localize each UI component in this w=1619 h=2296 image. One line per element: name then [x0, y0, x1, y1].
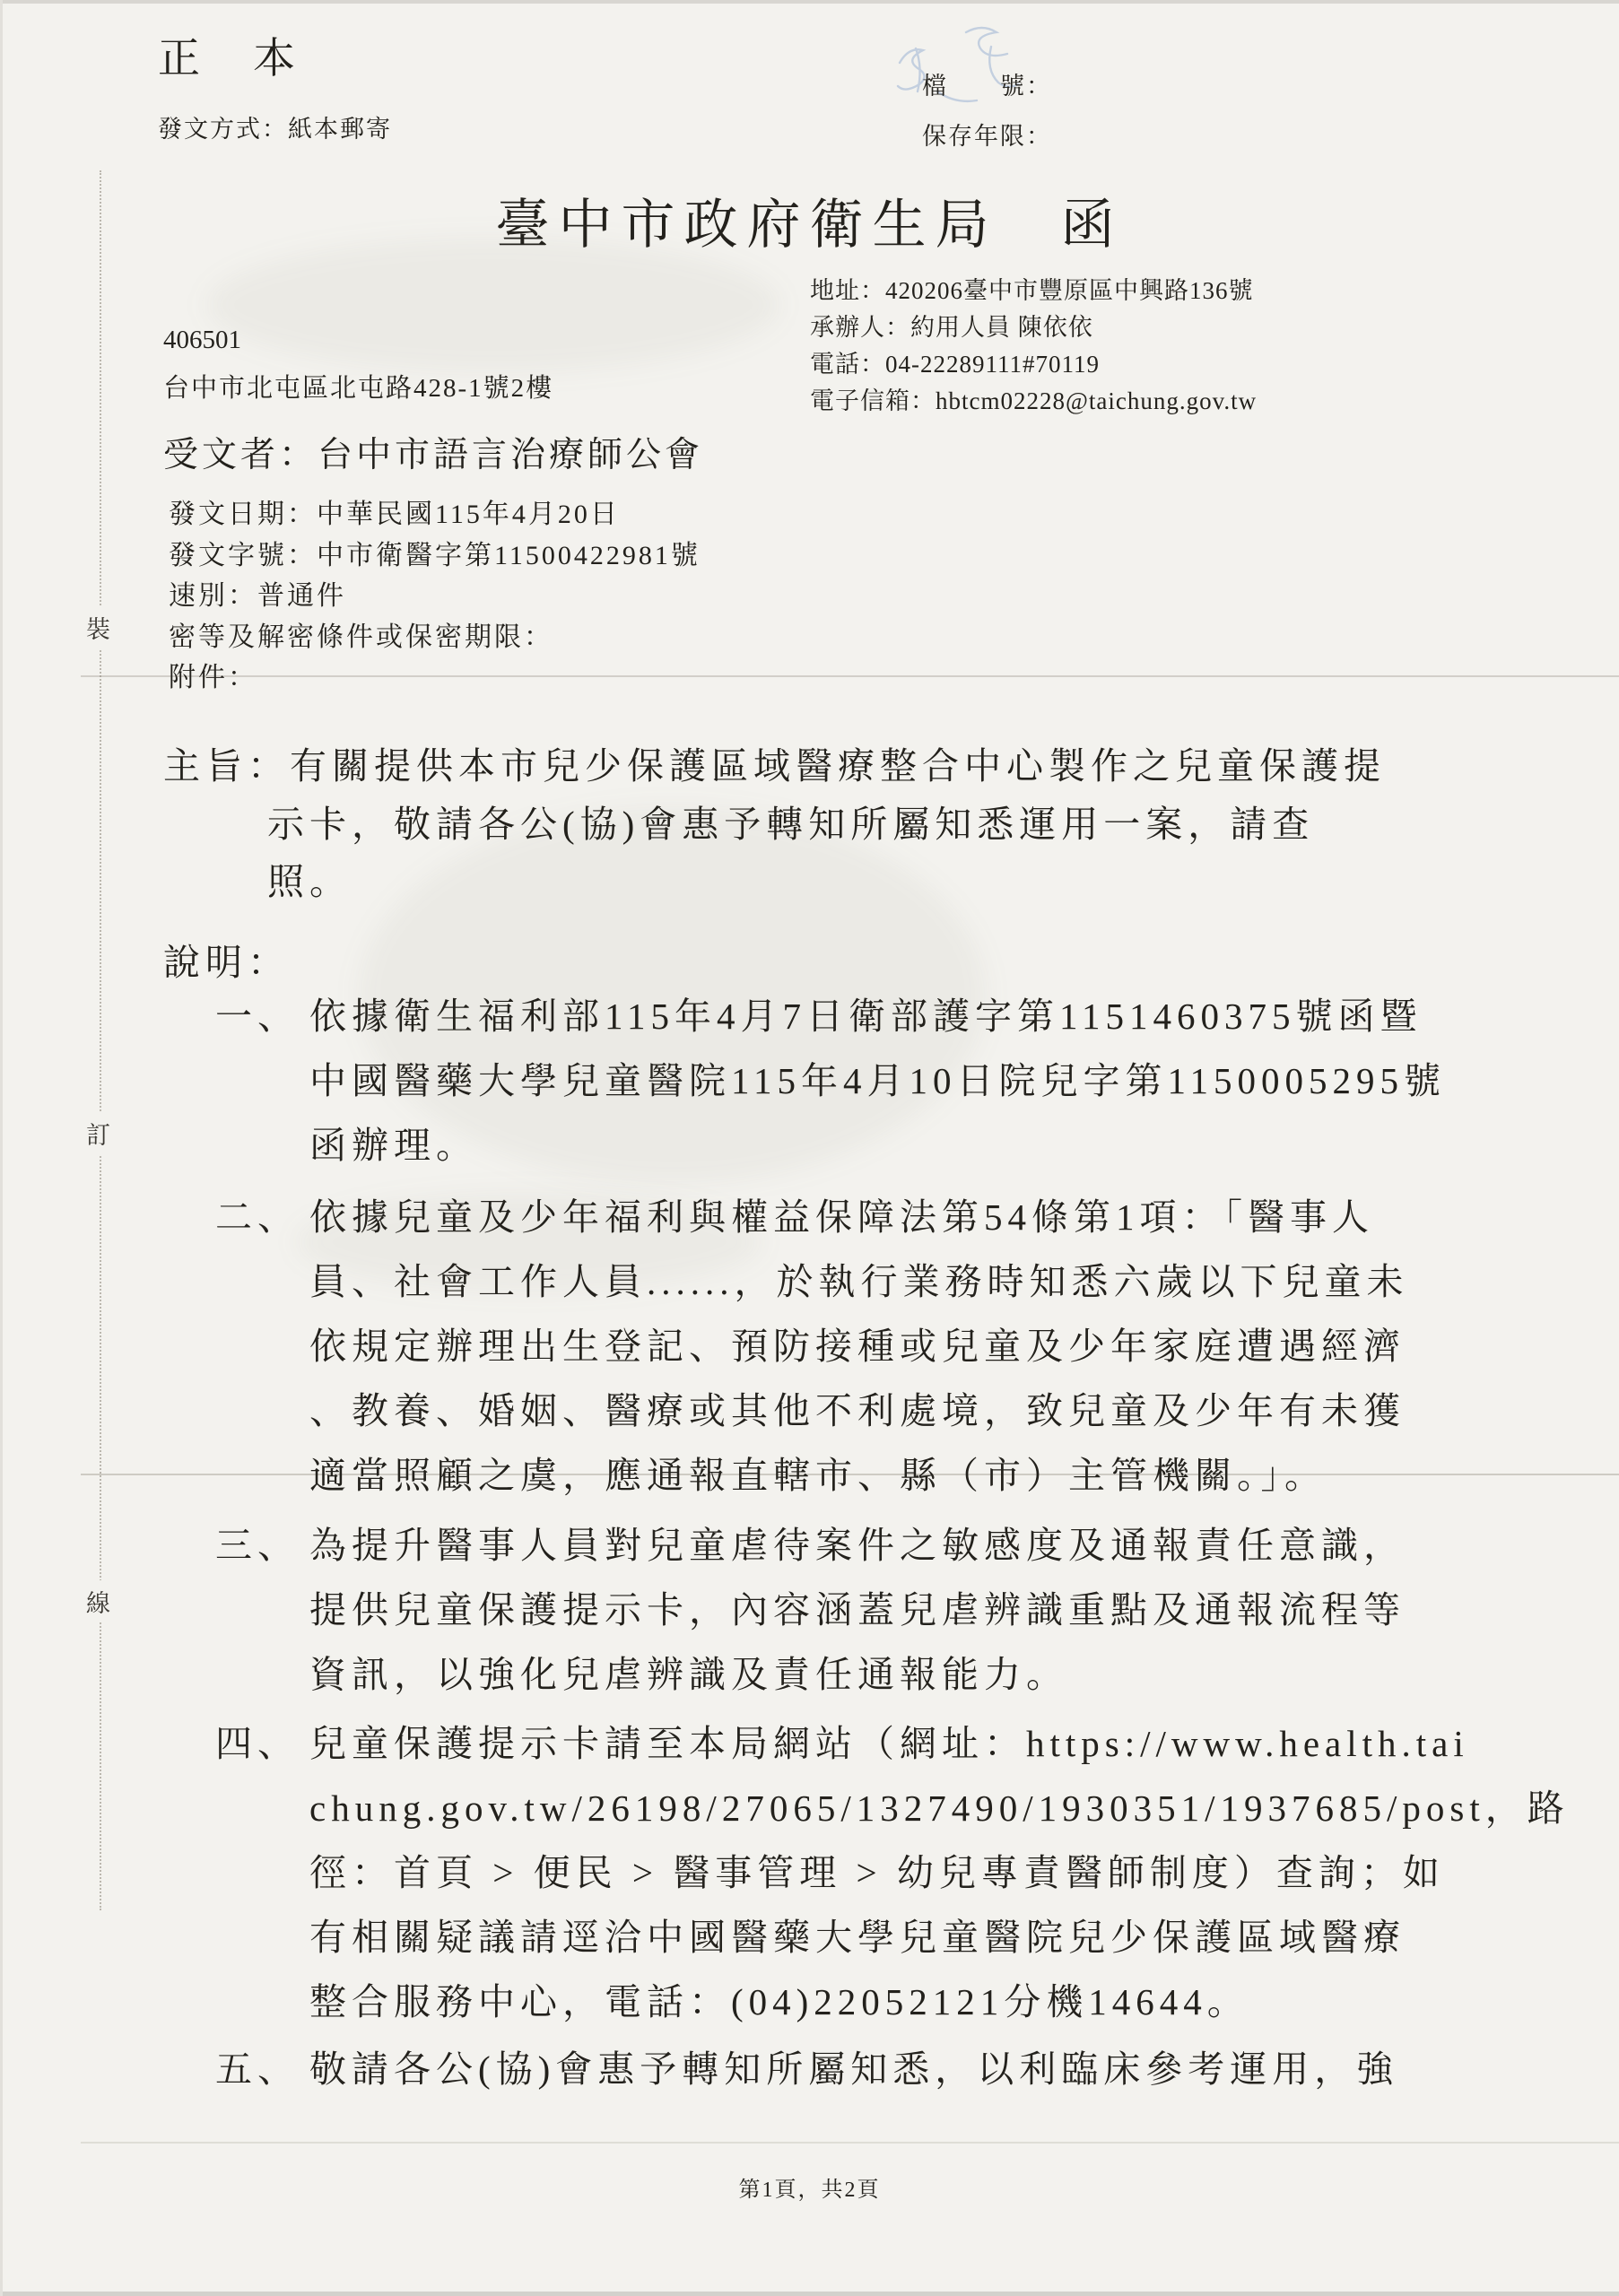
explanation-item-4: 四、 兒童保護提示卡請至本局網站（網址：https://www.health.t… [215, 1711, 1570, 2034]
recipient-postal-address: 台中市北屯區北屯路428-1號2樓 [163, 368, 553, 404]
meta-attachment: 附件： [169, 657, 701, 699]
sender-contact-person: 承辦人：約用人員 陳依依 [810, 309, 1257, 346]
copy-type-label: 正 本 [158, 25, 300, 85]
subject-line: 主旨：有關提供本市兒少保護區域醫療整合中心製作之兒童保護提 [163, 737, 1386, 796]
item-line: 敬請各公(協)會惠予轉知所屬知悉，以利臨床參考運用，強 [309, 2037, 1398, 2101]
sender-address: 地址：420206臺中市豐原區中興路136號 [810, 273, 1257, 309]
file-number-label: 檔 號： [922, 66, 1052, 101]
explanation-item-2: 二、 依據兒童及少年福利與權益保障法第54條第1項：「醫事人 員、社會工作人員.… [215, 1185, 1409, 1508]
item-line: 適當照顧之虞，應通報直轄市、縣（市）主管機關。」。 [309, 1443, 1409, 1508]
subject-line: 示卡，敬請各公(協)會惠予轉知所屬知悉運用一案，請查 [163, 796, 1386, 854]
delivery-method: 發文方式：紙本郵寄 [158, 109, 392, 144]
scan-edge-top [0, 0, 1619, 4]
meta-doc-number: 發文字號：中市衛醫字第11500422981號 [169, 535, 701, 577]
subject-label: 主旨： [163, 745, 290, 787]
item-line: 、教養、婚姻、醫療或其他不利處境，致兒童及少年有未獲 [309, 1378, 1409, 1443]
document-title: 臺中市政府衛生局 函 [0, 182, 1619, 259]
sender-info-block: 地址：420206臺中市豐原區中興路136號 承辦人：約用人員 陳依依 電話：0… [810, 273, 1257, 420]
meta-security-class: 密等及解密條件或保密期限： [169, 617, 701, 658]
scan-edge-left [0, 0, 3, 2296]
item-line: 依規定辦理出生登記、預防接種或兒童及少年家庭遭遇經濟 [309, 1314, 1409, 1378]
item-number: 五、 [215, 2037, 300, 2101]
binding-mark-ding: 訂 [86, 1112, 110, 1154]
binding-dotted-line [100, 170, 101, 1910]
explanation-label: 說明： [163, 933, 290, 986]
binding-mark-xian: 線 [86, 1580, 110, 1622]
item-line: 整合服務中心，電話：(04)22052121分機14644。 [309, 1970, 1570, 2034]
page-footer: 第1頁，共2頁 [0, 2171, 1619, 2203]
item-number: 一、 [215, 984, 300, 1048]
explanation-item-3: 三、 為提升醫事人員對兒童虐待案件之敏感度及通報責任意識， 提供兒童保護提示卡，… [215, 1513, 1406, 1707]
retention-period-label: 保存年限： [922, 117, 1052, 152]
scan-edge-bottom [0, 2292, 1619, 2296]
subject-line: 照。 [163, 853, 1386, 911]
item-number: 二、 [215, 1185, 300, 1249]
binding-mark-zhuang: 裝 [86, 606, 110, 648]
meta-speed-class: 速別：普通件 [169, 576, 701, 617]
item-line: 徑：首頁 > 便民 > 醫事管理 > 幼兒專責醫師制度）查詢；如 [309, 1840, 1570, 1905]
item-line: 依據衛生福利部115年4月7日衛部護字第1151460375號函暨 [309, 984, 1446, 1048]
subject-text: 有關提供本市兒少保護區域醫療整合中心製作之兒童保護提 [290, 745, 1386, 787]
sender-phone: 電話：04-22289111#70119 [810, 346, 1257, 383]
item-line: 兒童保護提示卡請至本局網站（網址：https://www.health.tai [309, 1711, 1570, 1776]
item-line: chung.gov.tw/26198/27065/1327490/1930351… [309, 1776, 1570, 1840]
item-line: 提供兒童保護提示卡，內容涵蓋兒虐辨識重點及通報流程等 [309, 1578, 1406, 1642]
fold-line [81, 2142, 1619, 2144]
item-line: 有相關疑議請逕洽中國醫藥大學兒童醫院兒少保護區域醫療 [309, 1905, 1570, 1970]
sender-email: 電子信箱：hbtcm02228@taichung.gov.tw [810, 383, 1257, 420]
item-line: 資訊，以強化兒虐辨識及責任通報能力。 [309, 1642, 1406, 1707]
explanation-item-1: 一、 依據衛生福利部115年4月7日衛部護字第1151460375號函暨 中國醫… [215, 984, 1446, 1178]
recipient-zipcode: 406501 [163, 326, 241, 355]
item-line: 函辦理。 [309, 1113, 1446, 1178]
explanation-item-5: 五、 敬請各公(協)會惠予轉知所屬知悉，以利臨床參考運用，強 [215, 2037, 1398, 2101]
item-line: 中國醫藥大學兒童醫院115年4月10日院兒字第1150005295號 [309, 1048, 1446, 1113]
item-line: 員、社會工作人員......，於執行業務時知悉六歲以下兒童未 [309, 1249, 1409, 1314]
recipient-line: 受文者：台中市語言治療師公會 [163, 427, 703, 477]
item-number: 三、 [215, 1513, 300, 1578]
item-number: 四、 [215, 1711, 300, 1776]
scanned-official-letter: 裝 訂 線 正 本 發文方式：紙本郵寄 檔 號： 保存年限： 臺中市政府衛生局 … [0, 0, 1619, 2296]
item-line: 為提升醫事人員對兒童虐待案件之敏感度及通報責任意識， [309, 1513, 1406, 1578]
item-line: 依據兒童及少年福利與權益保障法第54條第1項：「醫事人 [309, 1185, 1409, 1249]
subject-block: 主旨：有關提供本市兒少保護區域醫療整合中心製作之兒童保護提 示卡，敬請各公(協)… [163, 737, 1386, 911]
meta-issue-date: 發文日期：中華民國115年4月20日 [169, 494, 701, 535]
metadata-block: 發文日期：中華民國115年4月20日 發文字號：中市衛醫字第1150042298… [169, 494, 701, 699]
